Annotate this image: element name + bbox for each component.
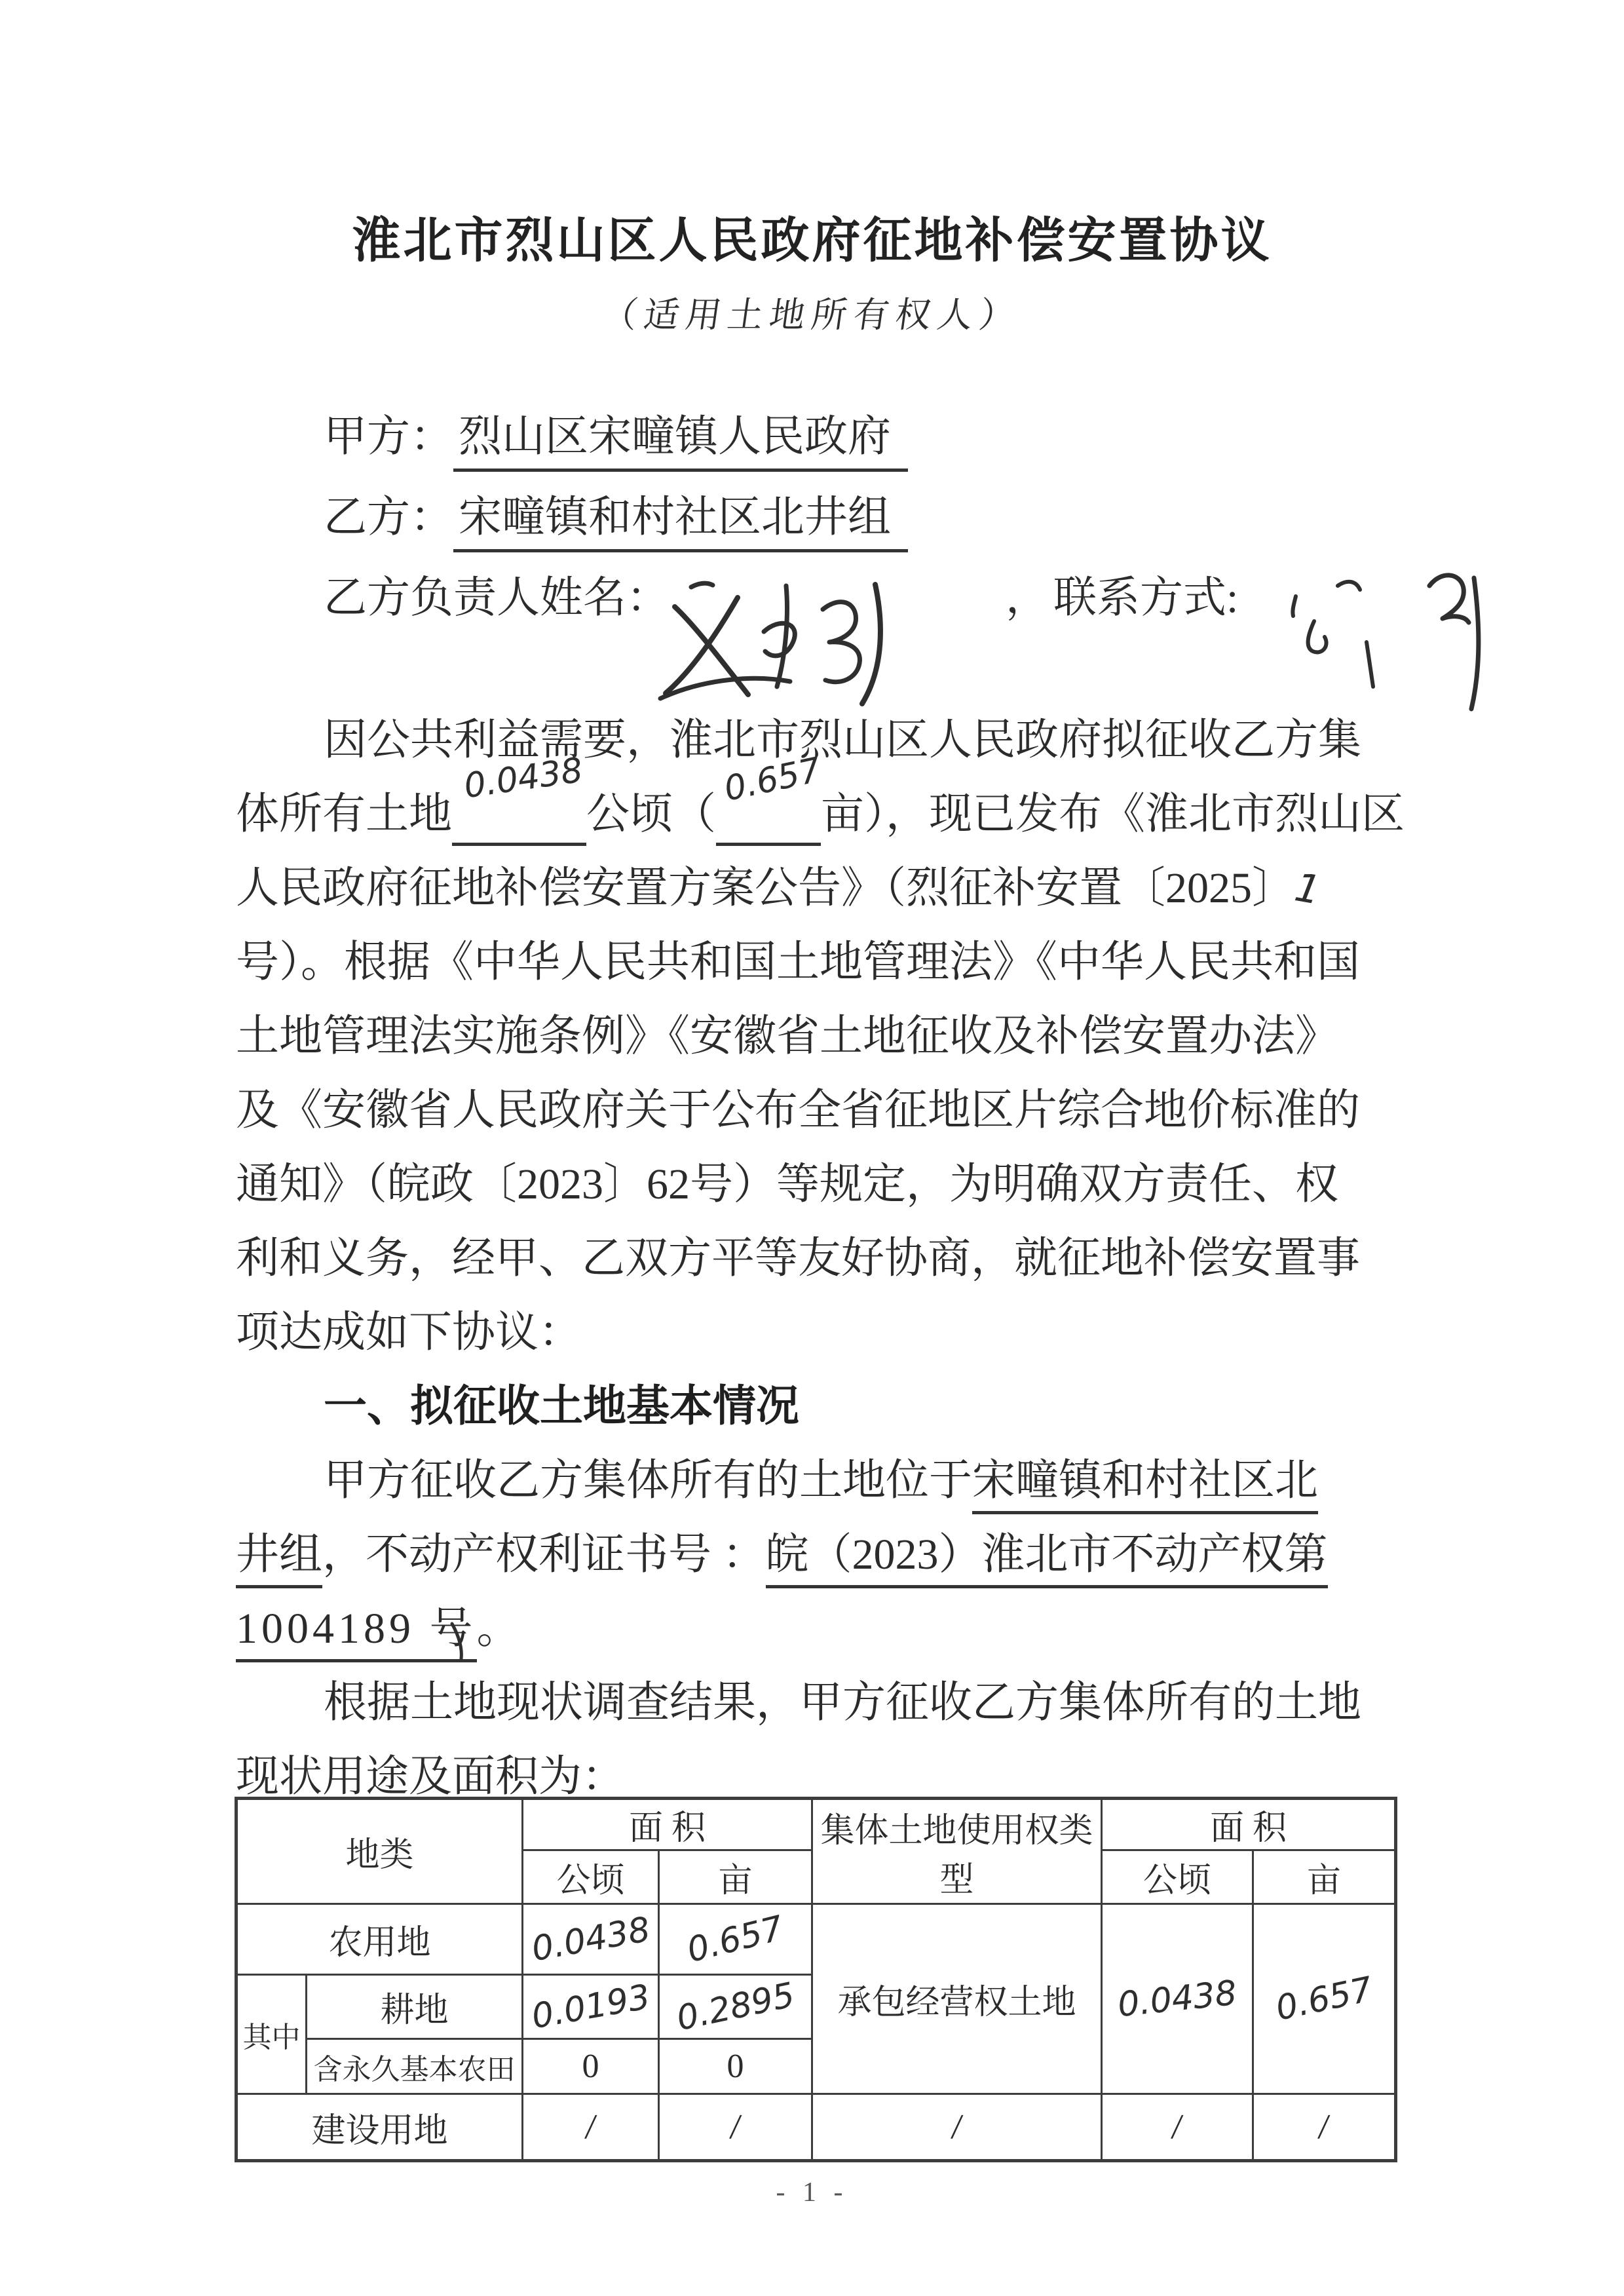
p2l2-mid: ，不动产权利证书号 ： <box>322 1531 766 1578</box>
p2l2-underlined-group: 井组 <box>236 1531 322 1588</box>
header-mu-left: 亩 <box>659 1850 812 1904</box>
comma-separator: ， <box>1006 562 1049 634</box>
p2l1-underlined-location: 宋疃镇和村社区北 <box>972 1457 1318 1514</box>
cultivated-label: 耕地 <box>307 1975 523 2039</box>
header-area-right: 面 积 <box>1102 1799 1396 1850</box>
right-ha-handwritten: 0.0438 <box>1116 1973 1238 2025</box>
section1-heading: 一、拟征收土地基本情况 <box>236 1375 1503 1438</box>
construction-ha2-slash: / <box>1170 2105 1184 2148</box>
table-row-construction: 建设用地 / / / / / <box>236 2094 1396 2161</box>
construction-mu-slash: / <box>728 2105 742 2148</box>
page-title: 淮北市烈山区人民政府征地补偿安置协议 <box>0 202 1624 271</box>
party-a-label: 甲方： <box>324 413 453 461</box>
paragraph2-line3: 1004189 号。 <box>236 1598 1415 1660</box>
header-area-left: 面 积 <box>523 1799 812 1850</box>
header-land-type: 地类 <box>236 1799 523 1904</box>
agreement-document-page: 淮北市烈山区人民政府征地补偿安置协议 （适用土地所有权人） 甲方：烈山区宋疃镇人… <box>0 0 1624 2296</box>
permanent-ha: 0 <box>523 2039 659 2094</box>
rep-signature-handwriting <box>655 569 950 713</box>
paragraph1-line6: 及《安徽省人民政府关于公布全省征地区片综合地价标准的 <box>236 1079 1415 1142</box>
agricultural-label: 农用地 <box>236 1904 523 1975</box>
page-number: - 1 - <box>0 2177 1624 2208</box>
permanent-label: 含永久基本农田 <box>307 2039 523 2094</box>
paragraph2-line2: 井组，不动产权利证书号 ：皖（2023）淮北市不动产权第 <box>236 1523 1415 1586</box>
agricultural-mu-handwritten: 0.657 <box>683 1908 787 1970</box>
paragraph1-line9: 项达成如下协议： <box>236 1301 1415 1364</box>
paragraph1-line3: 人民政府征地补偿安置方案公告》（烈征补安置〔2025〕1 <box>236 857 1415 920</box>
header-right-type: 集体土地使用权类型 <box>812 1799 1102 1904</box>
hectare-blank: 0.0438 <box>452 797 586 846</box>
table-row-agricultural: 农用地 0.0438 0.657 承包经营权土地 0.0438 0.657 <box>236 1904 1396 1975</box>
cultivated-mu-handwritten: 0.2895 <box>673 1975 797 2038</box>
among-label: 其中 <box>236 1975 307 2094</box>
paragraph1-line1: 因公共利益需要，淮北市烈山区人民政府拟征收乙方集 <box>236 709 1503 772</box>
p1l3-text: 人民政府征地补偿安置方案公告》（烈征补安置〔2025〕 <box>236 864 1295 912</box>
contact-label: 联系方式: <box>1053 562 1238 634</box>
construction-ha-slash: / <box>583 2105 597 2148</box>
right-type-value: 承包经营权土地 <box>812 1904 1102 2094</box>
page-subtitle: （适用土地所有权人） <box>0 287 1624 337</box>
permanent-mu: 0 <box>659 2039 812 2094</box>
paragraph1-line4: 号）。根据《中华人民共和国土地管理法》《中华人民共和国 <box>236 931 1415 994</box>
cultivated-ha-handwritten: 0.0193 <box>529 1977 653 2037</box>
land-status-table: 地类 面 积 集体土地使用权类型 面 积 公顷 亩 公顷 亩 农用地 0.043… <box>235 1797 1397 2162</box>
paragraph3-line1: 根据土地现状调查结果，甲方征收乙方集体所有的土地 <box>236 1672 1503 1734</box>
table-header-row1: 地类 面 积 集体土地使用权类型 面 积 <box>236 1799 1396 1850</box>
party-b-value: 宋疃镇和村社区北井组 <box>453 491 908 552</box>
header-hectare-left: 公顷 <box>523 1850 659 1904</box>
party-b-label: 乙方： <box>324 493 453 541</box>
rep-name-label: 乙方负责人姓名： <box>324 562 670 634</box>
paragraph1-line5: 土地管理法实施条例》《安徽省土地征收及补偿安置办法》 <box>236 1005 1415 1068</box>
header-mu-right: 亩 <box>1253 1850 1396 1904</box>
checkmark-handwriting <box>445 1604 485 1663</box>
p2l2-underlined-cert: 皖（2023）淮北市不动产权第 <box>766 1531 1328 1588</box>
p2l1-pre: 甲方征收乙方集体所有的土地位于 <box>324 1457 972 1504</box>
paragraph1-line8: 利和义务，经甲、乙双方平等友好协商，就征地补偿安置事 <box>236 1227 1415 1290</box>
p1l2-pre: 体所有土地 <box>236 790 452 838</box>
party-a-value: 烈山区宋疃镇人民政府 <box>453 411 908 472</box>
paragraph2-line1: 甲方征收乙方集体所有的土地位于宋疃镇和村社区北 <box>236 1449 1503 1512</box>
p1l2-mid: 公顷（ <box>586 790 716 838</box>
mu-blank: 0.657 <box>716 797 821 846</box>
paragraph1-line7: 通知》（皖政〔2023〕62号）等规定，为明确双方责任、权 <box>236 1153 1415 1216</box>
header-hectare-right: 公顷 <box>1102 1850 1253 1904</box>
construction-type-slash: / <box>949 2105 964 2148</box>
cert-number-underlined: 1004189 号 <box>236 1605 477 1662</box>
paragraph1-line2: 体所有土地0.0438公顷（0.657亩），现已发布《淮北市烈山区 <box>236 783 1415 846</box>
party-b-line: 乙方：宋疃镇和村社区北井组 <box>236 482 1503 554</box>
construction-mu2-slash: / <box>1317 2105 1331 2148</box>
agricultural-ha-handwritten: 0.0438 <box>529 1909 653 1969</box>
construction-label: 建设用地 <box>236 2094 523 2161</box>
handwritten-issue-number: 1 <box>1290 856 1325 922</box>
p1l2-post: 亩），现已发布《淮北市烈山区 <box>821 790 1405 838</box>
party-a-line: 甲方：烈山区宋疃镇人民政府 <box>236 401 1503 473</box>
right-mu-handwritten: 0.657 <box>1272 1970 1376 2029</box>
